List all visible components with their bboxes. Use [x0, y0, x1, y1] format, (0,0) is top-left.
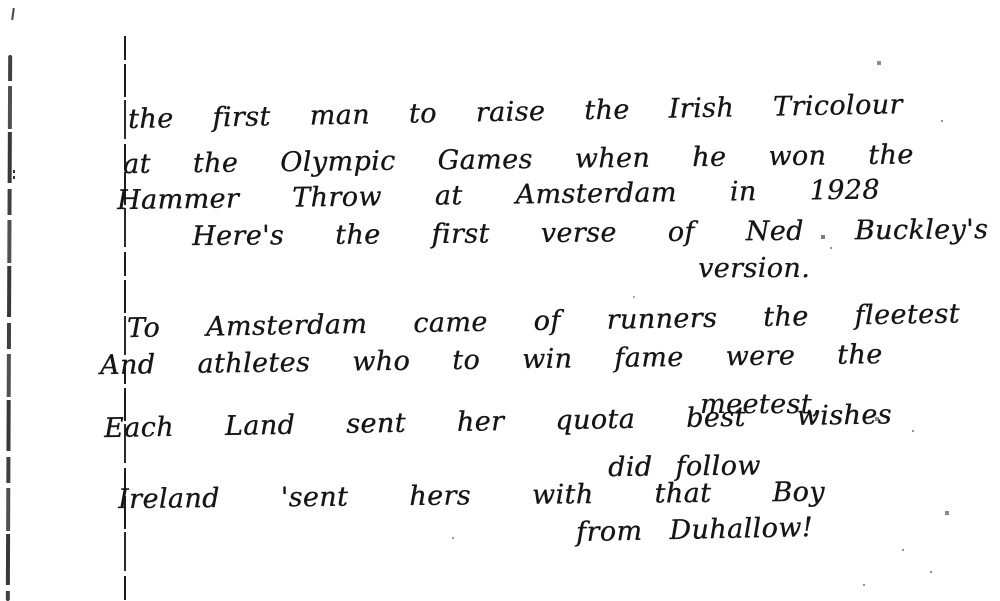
handwritten-line: Here's the first verse of Ned Buckley's	[192, 214, 988, 252]
handwritten-line: Ireland 'sent hers with that Boy	[118, 477, 825, 515]
handwritten-line: from Duhallow!	[576, 512, 814, 548]
margin-rule-line	[124, 36, 126, 601]
noise-speckles	[0, 0, 2, 2]
scan-edge-tick	[13, 170, 15, 180]
scan-edge-artifact	[6, 55, 12, 601]
scanned-page: the first man to raise the Irish Tricolo…	[0, 0, 1000, 601]
scan-edge-tick	[11, 8, 15, 20]
handwritten-line: To Amsterdam came of runners the fleetes…	[127, 298, 960, 344]
handwritten-line: And athletes who to win fame were the	[100, 339, 883, 381]
handwritten-line: version.	[698, 253, 810, 284]
handwritten-line: Hammer Throw at Amsterdam in 1928	[117, 174, 880, 216]
handwritten-line: at the Olympic Games when he won the	[123, 139, 914, 180]
handwritten-line: Each Land sent her quota best wishes	[104, 399, 892, 444]
handwritten-line: the first man to raise the Irish Tricolo…	[128, 89, 903, 135]
